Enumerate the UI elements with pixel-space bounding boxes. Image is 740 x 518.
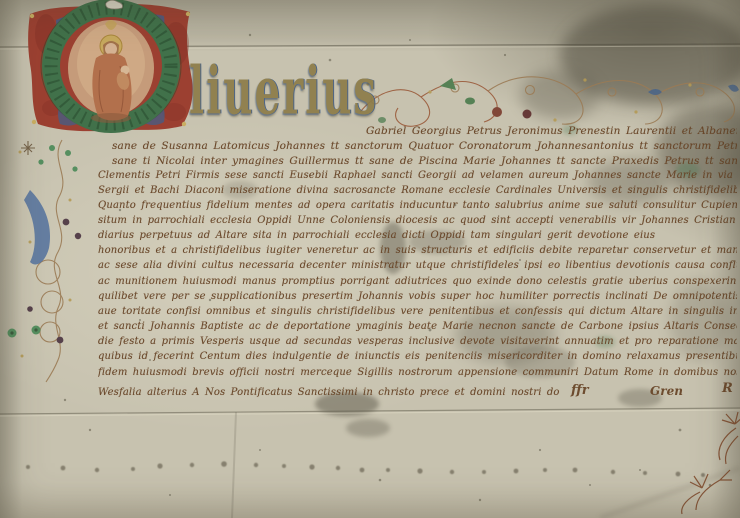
manuscript-line: die festo a primis Vesperis usque ad sec…: [98, 335, 737, 349]
manuscript-line: aue toritate confisi omnibus et singulis…: [98, 305, 737, 319]
manuscript-line: sane de Susanna Latomicus Johannes tt sa…: [112, 139, 737, 153]
manuscript-photo: liuerius Gabriel Georgius Petrus Jeronim…: [0, 0, 740, 518]
manuscript-line: fidem huiusmodi brevis officii nostri me…: [98, 366, 737, 380]
manuscript-line: honoribus et a christifidelibus iugiter …: [98, 244, 737, 258]
manuscript-line: et sancti Johannis Baptiste ac de deport…: [98, 320, 737, 334]
blue-feather: [24, 190, 50, 264]
manuscript-line: ac munitionem huiusmodi manus promptius …: [98, 275, 737, 289]
manuscript-line: ac sese alia divini cultus necessaria de…: [98, 259, 737, 273]
manuscript-line: diarius perpetuus ad Altare sita in parr…: [98, 229, 737, 243]
signature-mark: R: [722, 382, 733, 396]
display-word: liuerius: [189, 58, 378, 123]
manuscript-line: quilibet vere per se supplicationibus pr…: [98, 290, 737, 304]
green-leaf: [440, 78, 456, 90]
manuscript-line: situm in parrochiali ecclesia Oppidi Unn…: [98, 214, 737, 228]
notary-mark: ffr: [571, 384, 589, 398]
manuscript-line: Clementis Petri Firmis sese sancti Euseb…: [98, 169, 737, 183]
manuscript-line: Gabriel Georgius Petrus Jeronimus Prenes…: [366, 124, 737, 138]
manuscript-line: quibus id fecerint Centum dies indulgent…: [98, 350, 737, 364]
bottom-right-sprigs: [682, 412, 740, 514]
manuscript-line: sane ti Nicolai inter ymagines Guillermu…: [112, 154, 737, 168]
manuscript-line: Wesfalia alterius A Nos Pontificatus San…: [98, 386, 560, 400]
plica-holes-row: [26, 461, 705, 477]
left-border-flourish: [8, 140, 82, 382]
dark-berry: [63, 219, 70, 226]
illuminated-initial: [28, 0, 193, 132]
manuscript-line: Sergii et Bachi Diaconi miseratione divi…: [98, 184, 737, 198]
berry: [492, 107, 502, 117]
manuscript-line: Quanto frequentius fidelium mentes ad op…: [98, 199, 737, 213]
star-penwork: [21, 141, 35, 155]
signature-mark: Gren: [650, 384, 683, 398]
